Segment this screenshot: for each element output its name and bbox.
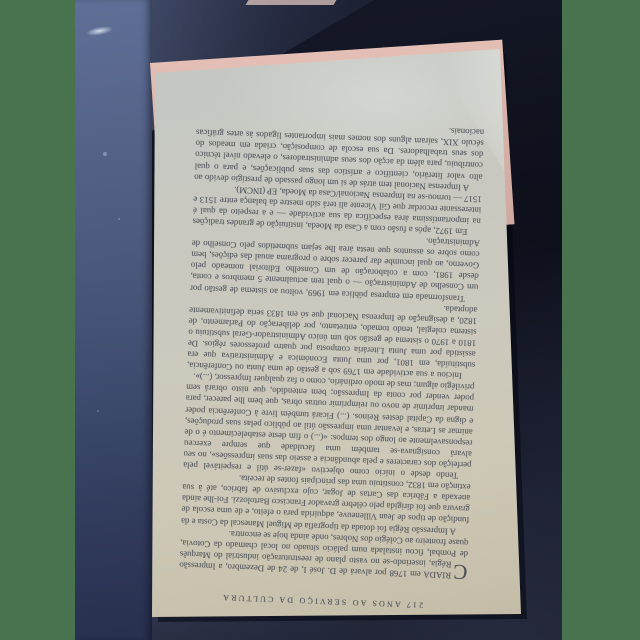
page-paragraph: Transformada em empresa pública em 1969,…	[190, 227, 480, 305]
page-paragraph: A Impressão Régia foi dotada da tipograf…	[181, 470, 471, 536]
book-spine-edge	[75, 0, 152, 640]
photographed-book-scene: 217 ANOS AO SERVIÇO DA CULTURA CRIADA em…	[0, 0, 640, 640]
page-running-title: 217 ANOS AO SERVIÇO DA CULTURA	[178, 590, 466, 612]
page-paragraph: Tendo desde o início como objectivo «faz…	[183, 371, 475, 482]
page-content: 217 ANOS AO SERVIÇO DA CULTURA CRIADA em…	[178, 64, 487, 623]
page-paragraph: A Imprensa Nacional tem atrás de si um l…	[194, 116, 484, 194]
book-page: 217 ANOS AO SERVIÇO DA CULTURA CRIADA em…	[148, 45, 526, 622]
page-paragraph: Iniciou a sua actividade em 1769 sob a g…	[187, 293, 478, 382]
backdrop-edge-left	[0, 0, 76, 640]
pink-sheet-top-sliver	[246, 0, 337, 5]
backdrop-edge-right	[561, 0, 640, 640]
dust-specks	[0, 0, 2, 2]
